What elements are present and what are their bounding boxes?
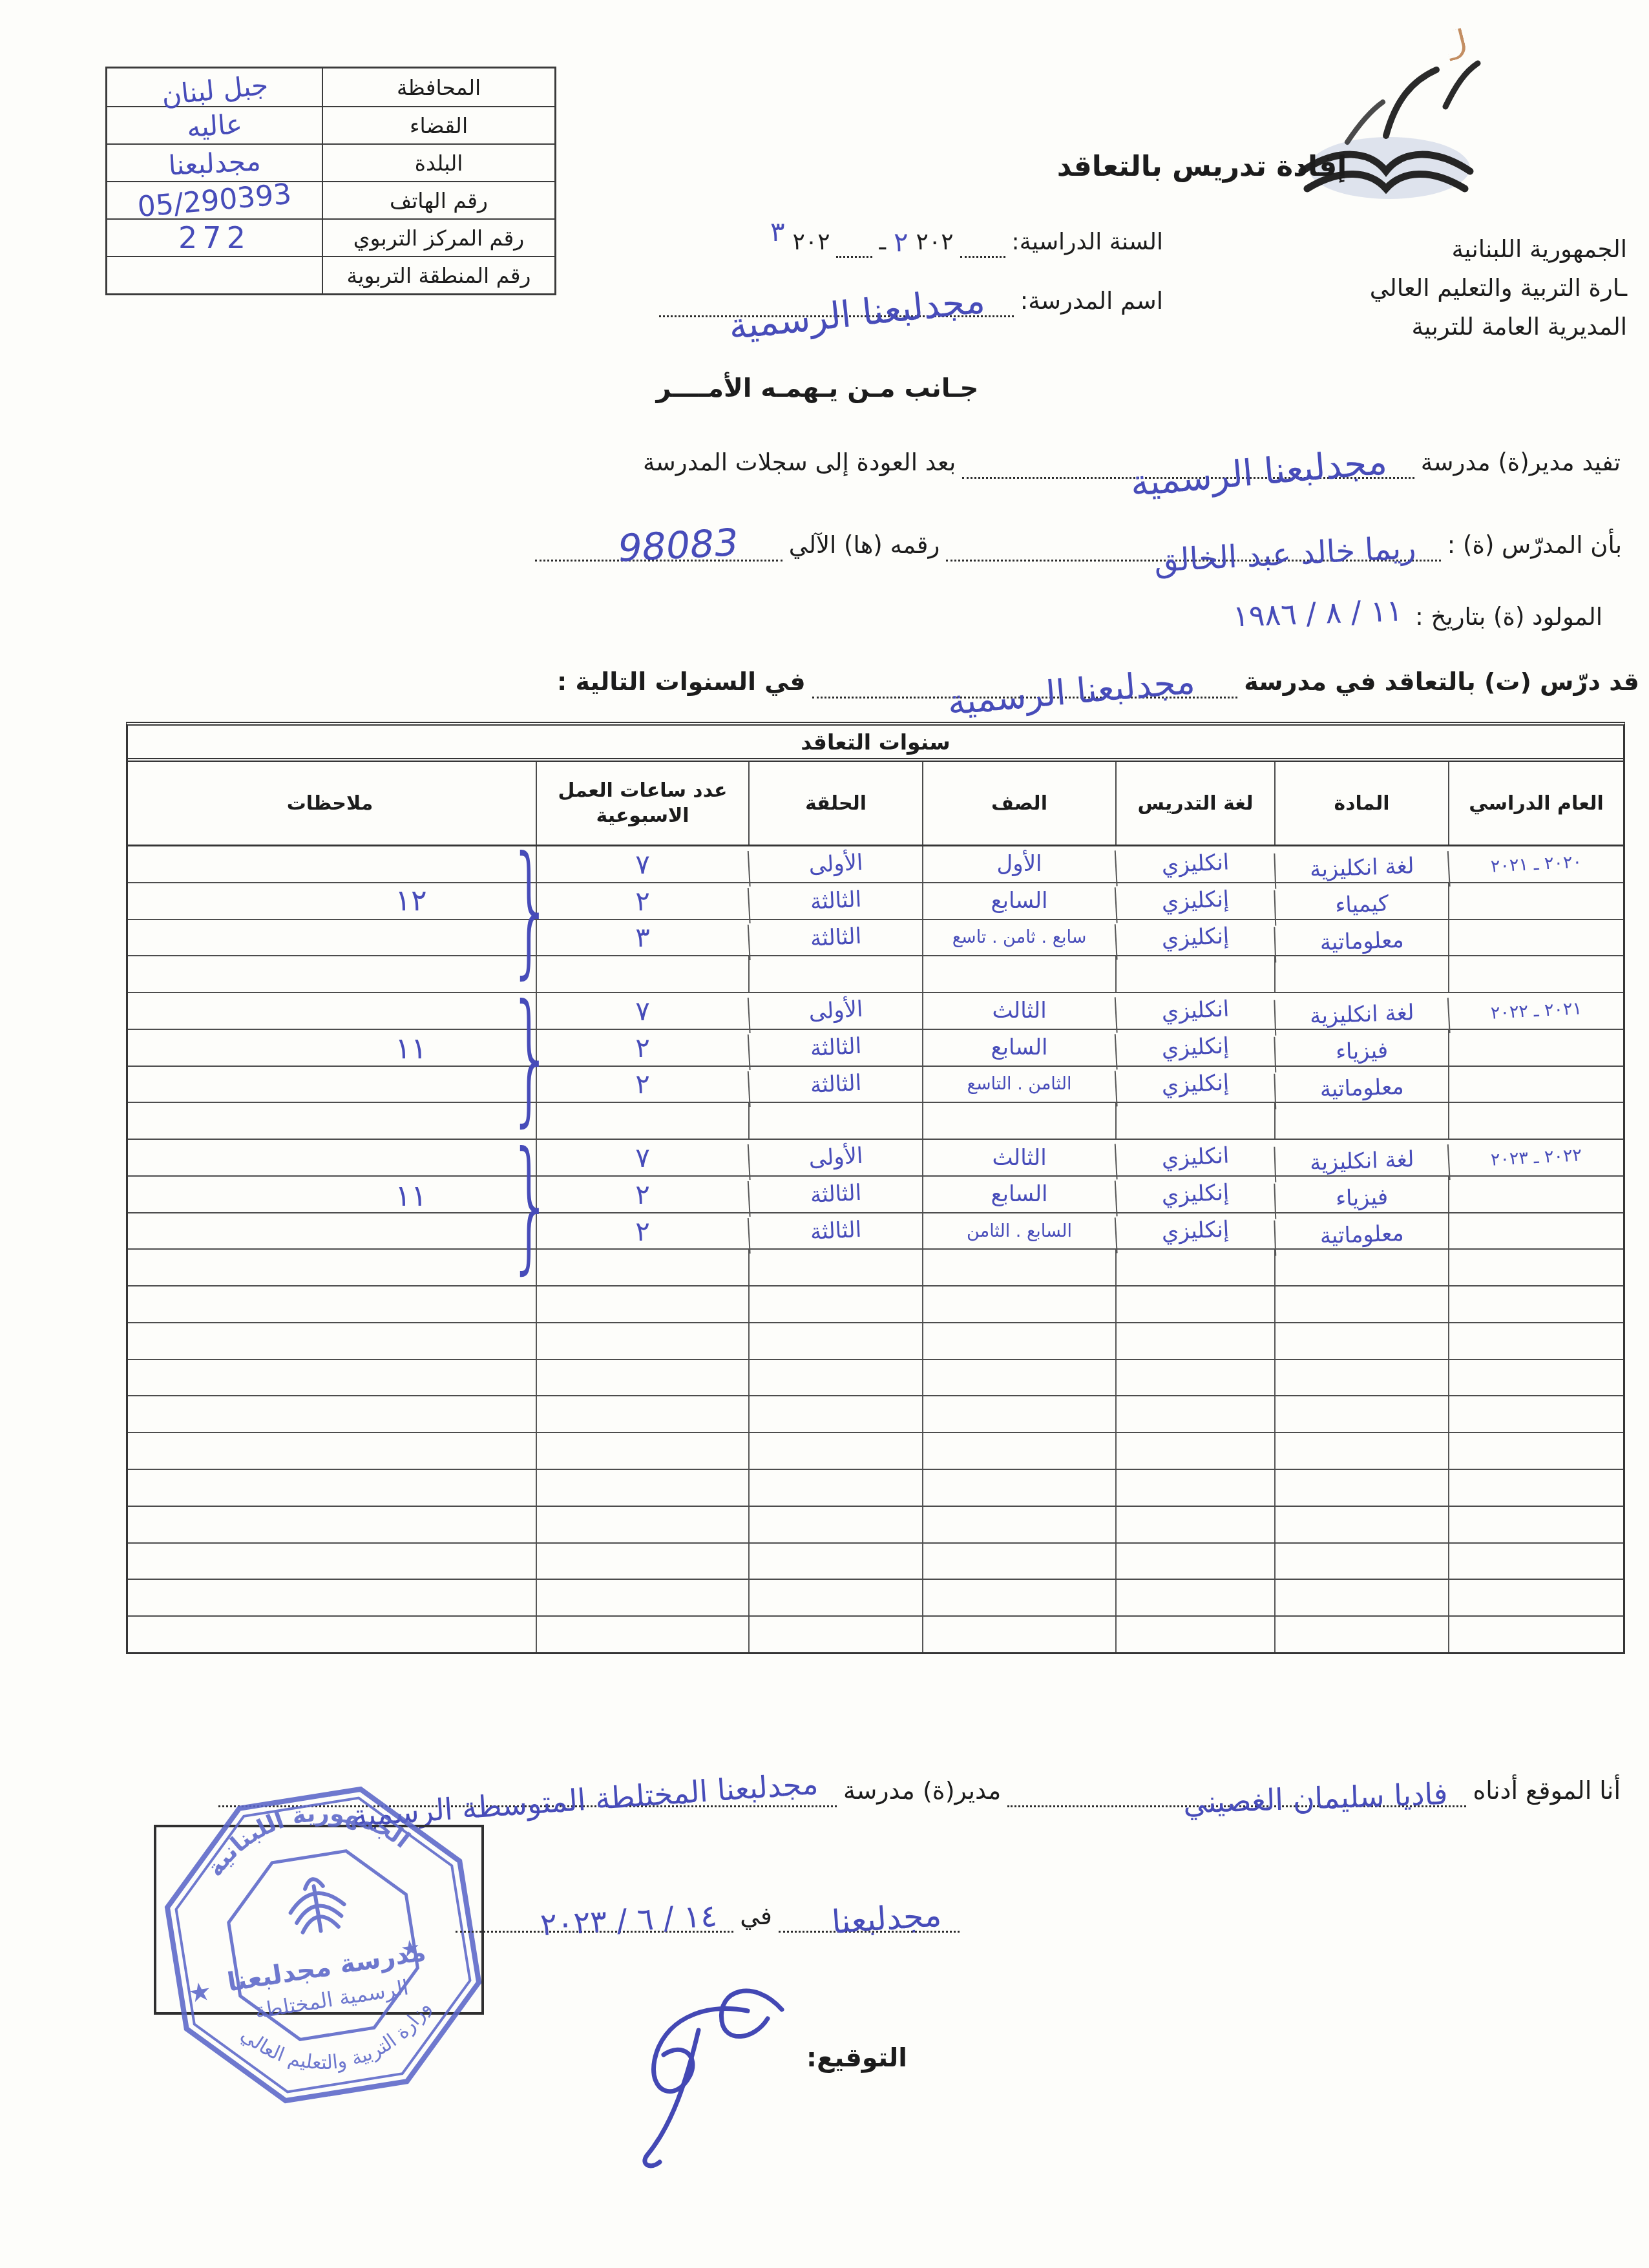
- cell-year: [1448, 920, 1623, 956]
- table-row: معلوماتية إنكليزي سابع . ثامن . تاسع الث…: [128, 920, 1623, 957]
- cell-language: انكليزي: [1115, 1136, 1276, 1180]
- contract-table-body: ٢٠٢٠ ـ ٢٠٢١ لغة انكليزية انكليزي الأول ا…: [128, 846, 1623, 1652]
- cell-subject: فيزياء: [1274, 1031, 1449, 1072]
- school-name-label: اسم المدرسة:: [1014, 287, 1170, 317]
- cell-year: ٢٠٢٢ ـ ٢٠٢٣: [1447, 1135, 1624, 1180]
- info-label-governorate: المحافظة: [322, 68, 554, 106]
- cell-grade: الثامن . التاسع: [922, 1067, 1115, 1102]
- column-header-subject: المادة: [1274, 762, 1448, 845]
- star-icon: ★: [186, 1976, 214, 2009]
- year2-printed: ٢٠٢: [786, 229, 836, 258]
- table-row: فيزياء إنكليزي السابع الثالثة ٢: [128, 1177, 1623, 1213]
- hours-total-group1: ١٢: [384, 883, 438, 918]
- star-icon: ★: [399, 1935, 422, 1963]
- column-header-hours: عدد ساعات العمل الاسبوعية: [536, 762, 748, 845]
- year1-handwritten: ٢: [892, 226, 910, 258]
- table-row-empty: [128, 1617, 1623, 1652]
- contract-years-table: سنوات التعاقد العام الدراسي المادة لغة ا…: [126, 722, 1625, 1654]
- column-header-notes: ملاحظات: [124, 762, 536, 845]
- place-date-line: مجدلبعنا في ١٤ / ٦ / ٢٠٢٣: [456, 1901, 960, 1933]
- table-row-empty: [128, 1580, 1623, 1617]
- cell-language: إنكليزي: [1115, 1062, 1276, 1106]
- cell-grade: الثالث: [922, 993, 1115, 1029]
- cell-language: انكليزي: [1115, 843, 1276, 887]
- cell-hours: ٢: [536, 1213, 748, 1249]
- cell-language: انكليزي: [1115, 989, 1276, 1033]
- school-year-label: السنة الدراسية:: [1005, 229, 1170, 258]
- hours-total-group3: ١١: [384, 1178, 438, 1213]
- signature-label: التوقيع:: [806, 2043, 907, 2073]
- cell-grade: سابع . ثامن . تاسع: [922, 920, 1115, 956]
- ministry-open-book-logo-icon: [1283, 45, 1489, 223]
- official-octagonal-stamp: مدرسة مجدلبعنا الرسمية المختلطة ★ ★ الجم…: [159, 1776, 488, 2115]
- dotted-blank: [836, 226, 872, 258]
- cell-cycle: الثالثة: [748, 1062, 923, 1107]
- dotted-blank: مجدلبعنا الرسمية: [962, 447, 1414, 479]
- cell-grade: السابع: [922, 1030, 1115, 1066]
- hours-total-group2: ١١: [384, 1031, 438, 1066]
- hours-brace-group1: {: [508, 837, 554, 981]
- cell-cycle: الثالثة: [748, 1209, 923, 1254]
- dotted-blank: 98083: [535, 530, 782, 562]
- cell-cycle: الثالثة: [748, 916, 923, 960]
- birthdate-line: المولود (ة) بتاريخ : ١١ / ٨ / ١٩٨٦: [1008, 596, 1609, 633]
- cell-hours: ٢: [536, 1067, 748, 1102]
- school-year-line: السنة الدراسية: ٢٠٢ ٢ ـ ٢٠٢ ٣: [717, 226, 1170, 258]
- to-whom-heading: جـانب مـن يـهمـه الأمــــر: [604, 373, 1031, 403]
- government-header: الجمهورية اللبنانية ـارة التربية والتعلي…: [1370, 230, 1627, 346]
- teacher-name-handwritten: ريما خالد عبد الخالق: [1153, 529, 1417, 579]
- cell-language: إنكليزي: [1115, 879, 1276, 923]
- cell-subject: معلوماتية: [1274, 921, 1449, 962]
- cell-language: إنكليزي: [1115, 1209, 1276, 1253]
- table-row: 272 رقم المركز التربوي: [107, 218, 554, 256]
- info-value-region-number: [107, 257, 322, 293]
- cell-grade: الثالث: [922, 1140, 1115, 1175]
- table-row-empty: [128, 1507, 1623, 1544]
- column-header-cycle: الحلقة: [748, 762, 922, 845]
- info-label-region-number: رقم المنطقة التربوية: [322, 257, 554, 293]
- table-row-empty: [128, 1103, 1623, 1140]
- year1-printed: ٢٠٢: [910, 229, 960, 258]
- contract-table-title: سنوات التعاقد: [128, 726, 1623, 762]
- cell-year: [1448, 1067, 1623, 1102]
- table-row: عاليه القضاء: [107, 106, 554, 143]
- cell-language: إنكليزي: [1115, 916, 1276, 960]
- cell-subject: لغة انكليزية: [1274, 1140, 1449, 1182]
- teacher-prefix: بأن المدرّس (ة) :: [1441, 531, 1628, 562]
- cell-notes: [124, 1067, 536, 1102]
- taught-line: قد درّس (ت) بالتعاقد في مدرسة مجدلبعنا ا…: [551, 667, 1646, 698]
- signer-prefix: أنا الموقع أدناه: [1466, 1776, 1627, 1807]
- school-name-line: اسم المدرسة: مجدلبعنا الرسمية: [659, 286, 1170, 317]
- info-label-district: القضاء: [322, 107, 554, 143]
- cell-year: [1448, 883, 1623, 919]
- column-header-year: العام الدراسي: [1448, 762, 1623, 845]
- table-row: كيمياء إنكليزي السابع الثالثة ٢: [128, 883, 1623, 920]
- table-row-empty: [128, 1250, 1623, 1286]
- cell-subject: لغة انكليزية: [1274, 994, 1449, 1035]
- cell-subject: معلوماتية: [1274, 1214, 1449, 1255]
- table-row-empty: [128, 1360, 1623, 1397]
- cedar-tree-icon: [286, 1875, 348, 1935]
- director-label: مدير(ة) مدرسة: [837, 1776, 1007, 1807]
- info-label-phone: رقم الهاتف: [322, 182, 554, 218]
- directorate-line: المديرية العامة للتربية: [1370, 308, 1627, 346]
- table-row: رقم المنطقة التربوية: [107, 256, 554, 293]
- cell-grade: الأول: [922, 846, 1115, 882]
- cell-grade: السابع . الثامن: [922, 1213, 1115, 1249]
- cell-subject: لغة انكليزية: [1274, 847, 1449, 888]
- teacher-line: بأن المدرّس (ة) : ريما خالد عبد الخالق ر…: [535, 530, 1628, 562]
- document-title: إفادة تدريس بالتعاقد: [1047, 150, 1357, 183]
- scanned-document-page: جبل لبنان المحافظة عاليه القضاء مجدلبعنا…: [0, 0, 1649, 2268]
- table-row: مجدلبعنا البلدة: [107, 143, 554, 181]
- computer-number-handwritten: 98083: [615, 520, 740, 571]
- cell-year: ٢٠٢٠ ـ ٢٠٢١: [1447, 842, 1624, 887]
- computer-number-label: رقمه (ها) الآلي: [782, 531, 946, 562]
- cell-notes: [124, 883, 536, 919]
- table-row: معلوماتية إنكليزي السابع . الثامن الثالث…: [128, 1213, 1623, 1250]
- hours-brace-group2: {: [508, 985, 554, 1129]
- info-value-center-number: 272: [107, 220, 322, 256]
- director-name-handwritten: فاديا سليمان الغصيني: [1183, 1776, 1449, 1820]
- table-row: ٢٠٢١ ـ ٢٠٢٢ لغة انكليزية انكليزي الثالث …: [128, 993, 1623, 1030]
- table-row-empty: [128, 1433, 1623, 1470]
- table-row: جبل لبنان المحافظة: [107, 68, 554, 106]
- taught-suffix: في السنوات التالية :: [551, 667, 812, 698]
- cell-notes: [124, 920, 536, 956]
- cell-subject: فيزياء: [1274, 1177, 1449, 1219]
- certify-prefix: تفيد مدير(ة) مدرسة: [1414, 448, 1627, 479]
- cell-hours: ٧: [536, 993, 748, 1029]
- cell-hours: ٣: [536, 920, 748, 956]
- cell-notes: [124, 1177, 536, 1212]
- certify-line: تفيد مدير(ة) مدرسة مجدلبعنا الرسمية بعد …: [636, 447, 1627, 479]
- cell-notes: [124, 1030, 536, 1066]
- cell-notes: [124, 993, 536, 1029]
- cell-year: [1448, 1030, 1623, 1066]
- school-name-handwritten: مجدلبعنا الرسمية: [1129, 441, 1389, 505]
- column-header-language: لغة التدريس: [1115, 762, 1274, 845]
- dotted-blank: ١٤ / ٦ / ٢٠٢٣: [456, 1901, 733, 1933]
- cell-hours: ٢: [536, 883, 748, 919]
- table-row-empty: [128, 956, 1623, 993]
- info-table: جبل لبنان المحافظة عاليه القضاء مجدلبعنا…: [105, 67, 556, 295]
- place-handwritten: مجدلبعنا: [830, 1896, 943, 1941]
- dotted-blank: مجدلبعنا الرسمية: [812, 667, 1238, 698]
- cell-subject: كيمياء: [1274, 884, 1449, 925]
- dotted-blank: مجدلبعنا: [779, 1901, 960, 1933]
- table-row-empty: [128, 1396, 1623, 1433]
- cell-grade: السابع: [922, 1177, 1115, 1212]
- table-row-empty: [128, 1544, 1623, 1580]
- cell-year: [1448, 1177, 1623, 1212]
- contract-table-header: العام الدراسي المادة لغة التدريس الصف ال…: [128, 762, 1623, 846]
- column-header-grade: الصف: [922, 762, 1115, 845]
- table-row-empty: [128, 1286, 1623, 1323]
- table-row: معلوماتية إنكليزي الثامن . التاسع الثالث…: [128, 1067, 1623, 1104]
- dotted-blank: فاديا سليمان الغصيني: [1007, 1776, 1466, 1807]
- school-name-handwritten: مجدلبعنا الرسمية: [727, 279, 987, 348]
- dotted-blank: ريما خالد عبد الخالق: [946, 530, 1441, 562]
- table-row: ٢٠٢٠ ـ ٢٠٢١ لغة انكليزية انكليزي الأول ا…: [128, 846, 1623, 883]
- birthdate-label: المولود (ة) بتاريخ :: [1409, 603, 1609, 633]
- cell-grade: السابع: [922, 883, 1115, 919]
- date-in-label: في: [733, 1902, 779, 1933]
- cell-year: ٢٠٢١ ـ ٢٠٢٢: [1447, 989, 1624, 1033]
- cell-hours: ٢: [536, 1177, 748, 1212]
- cell-language: إنكليزي: [1115, 1025, 1276, 1069]
- info-label-town: البلدة: [322, 145, 554, 181]
- cell-notes: [124, 846, 536, 882]
- dotted-blank: [960, 226, 1005, 258]
- cell-year: [1448, 1213, 1623, 1249]
- cell-language: إنكليزي: [1115, 1172, 1276, 1216]
- ministry-line: ـارة التربية والتعليم العالي: [1370, 269, 1627, 308]
- table-row-empty: [128, 1323, 1623, 1360]
- cell-subject: معلوماتية: [1274, 1067, 1449, 1109]
- director-signature: [585, 1964, 817, 2178]
- taught-prefix: قد درّس (ت) بالتعاقد في مدرسة: [1237, 667, 1646, 698]
- year2-handwritten: ٣: [769, 216, 786, 247]
- cell-notes: [124, 1213, 536, 1249]
- cell-hours: ٢: [536, 1030, 748, 1066]
- birthdate-handwritten: ١١ / ٨ / ١٩٨٦: [1226, 593, 1409, 636]
- cell-hours: ٧: [536, 1140, 748, 1175]
- table-row-empty: [128, 1470, 1623, 1507]
- date-handwritten: ١٤ / ٦ / ٢٠٢٣: [539, 1898, 717, 1943]
- table-row: ٢٠٢٢ ـ ٢٠٢٣ لغة انكليزية انكليزي الثالث …: [128, 1140, 1623, 1177]
- certify-suffix: بعد العودة إلى سجلات المدرسة: [636, 448, 962, 479]
- info-label-center-number: رقم المركز التربوي: [322, 220, 554, 256]
- cell-notes: [124, 1140, 536, 1175]
- hours-brace-group3: {: [508, 1133, 554, 1276]
- table-row: فيزياء إنكليزي السابع الثالثة ٢: [128, 1030, 1623, 1067]
- year-dash: ـ: [872, 229, 892, 258]
- dotted-blank: مجدلبعنا الرسمية: [659, 286, 1014, 317]
- cell-hours: ٧: [536, 846, 748, 882]
- school-name-handwritten: مجدلبعنا الرسمية: [946, 660, 1197, 722]
- republic-line: الجمهورية اللبنانية: [1370, 230, 1627, 269]
- table-row: 05/290393 رقم الهاتف: [107, 181, 554, 218]
